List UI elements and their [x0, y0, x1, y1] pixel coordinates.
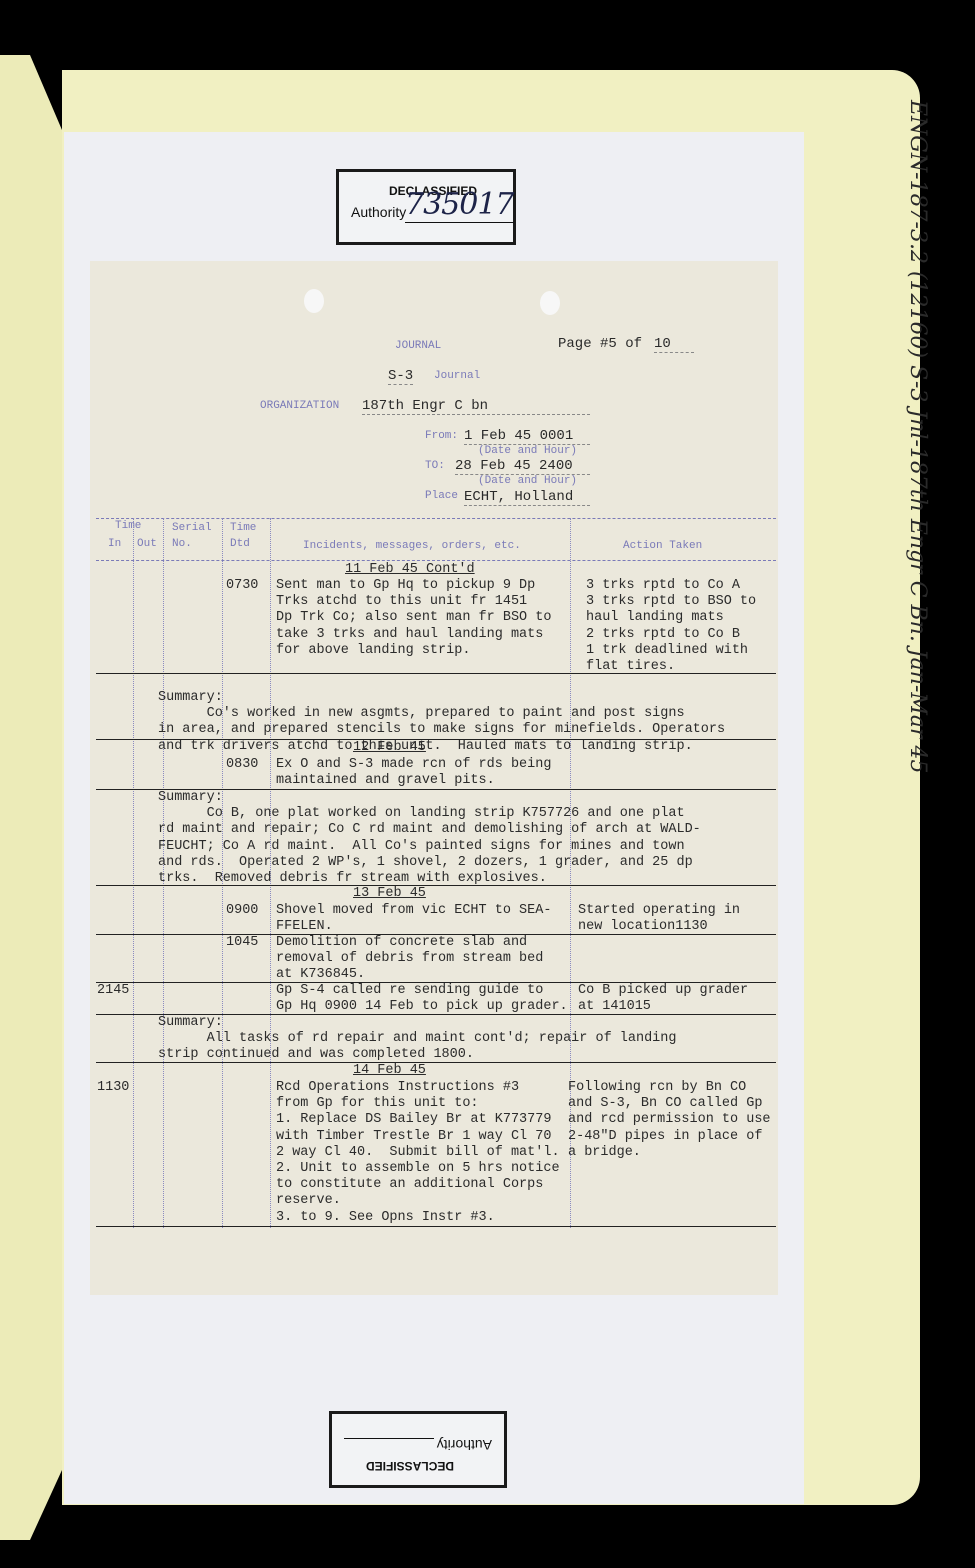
row-rule	[96, 739, 776, 740]
header-rule	[96, 518, 776, 519]
authority-label: Authority	[351, 204, 406, 220]
authority-blank	[344, 1438, 434, 1439]
authority-signature: 735017	[405, 188, 514, 223]
journal-suffix: Journal	[434, 370, 480, 382]
incident-text: Gp S-4 called re sending guide to Gp Hq …	[276, 983, 568, 1015]
col-serial: Serial	[172, 522, 212, 534]
incident-text: Ex O and S-3 made rcn of rds being maint…	[276, 757, 551, 789]
incident-text: Sent man to Gp Hq to pickup 9 Dp Trks at…	[276, 578, 551, 659]
journal-type: S-3	[388, 368, 413, 385]
time-dtd: 1045	[226, 935, 258, 951]
declassified-stamp-top: DECLASSIFIED Authority 735017	[336, 169, 516, 245]
declassified-label: DECLASSIFIED	[366, 1459, 454, 1473]
to-value: 28 Feb 45 2400	[455, 458, 590, 475]
row-rule	[96, 1226, 776, 1227]
folder-flap	[0, 0, 70, 1568]
time-in: 2145	[97, 983, 129, 999]
place-value: ECHT, Holland	[464, 489, 590, 506]
date-hint: (Date and Hour)	[478, 475, 577, 487]
punch-hole	[540, 291, 560, 315]
summary: Summary: All tasks of rd repair and main…	[158, 1015, 676, 1064]
to-label: TO:	[425, 460, 445, 472]
page-label: Page #5 of	[558, 336, 642, 352]
declassified-stamp-bottom: DECLASSIFIED Authority	[329, 1411, 507, 1488]
col-in: In	[108, 538, 121, 550]
col-dtd: Dtd	[230, 538, 250, 550]
place-label: Place	[425, 490, 458, 502]
col-incidents: Incidents, messages, orders, etc.	[303, 540, 521, 552]
date-hint: (Date and Hour)	[478, 445, 577, 457]
incident-text: Rcd Operations Instructions #3 from Gp f…	[276, 1080, 560, 1226]
action-text: 3 trks rptd to Co A 3 trks rptd to BSO t…	[586, 578, 756, 675]
time-in: 1130	[97, 1080, 129, 1096]
row-rule	[96, 1062, 776, 1063]
date-heading: 14 Feb 45	[353, 1063, 426, 1079]
date-heading: 13 Feb 45	[353, 886, 426, 902]
col-time-dtd: Time	[230, 522, 256, 534]
summary: Summary: Co B, one plat worked on landin…	[158, 790, 701, 887]
date-heading: 12 Feb 45	[353, 740, 426, 756]
col-action: Action Taken	[623, 540, 702, 552]
org-value: 187th Engr C bn	[362, 398, 590, 415]
col-time: Time	[115, 520, 141, 532]
page-total: 10	[654, 336, 694, 353]
from-value: 1 Feb 45 0001	[464, 428, 590, 445]
summary: Summary: Co's worked in new asgmts, prep…	[158, 690, 725, 755]
authority-label: Authority	[437, 1437, 492, 1453]
time-dtd: 0900	[226, 903, 258, 919]
from-label: From:	[425, 430, 458, 442]
col-out: Out	[137, 538, 157, 550]
row-rule	[96, 673, 776, 674]
org-label: ORGANIZATION	[260, 400, 339, 412]
action-text: Following rcn by Bn CO and S-3, Bn CO ca…	[568, 1080, 771, 1161]
punch-hole	[304, 289, 324, 313]
form-title: JOURNAL	[395, 340, 441, 352]
margin-handwriting: ENGN-187-3.2 (12160) S-3 Jnl-187th Engr …	[905, 100, 930, 774]
time-dtd: 0730	[226, 578, 258, 594]
column-divider	[133, 518, 134, 1228]
incident-text: Demolition of concrete slab and removal …	[276, 935, 543, 984]
date-heading: 11 Feb 45 Cont'd	[345, 562, 475, 578]
header-rule	[96, 560, 776, 561]
action-text: Co B picked up grader at 141015	[578, 983, 748, 1015]
incident-text: Shovel moved from vic ECHT to SEA- FFELE…	[276, 903, 551, 935]
action-text: Started operating in new location1130	[578, 903, 740, 935]
row-rule	[96, 885, 776, 886]
col-no: No.	[172, 538, 192, 550]
time-dtd: 0830	[226, 757, 258, 773]
